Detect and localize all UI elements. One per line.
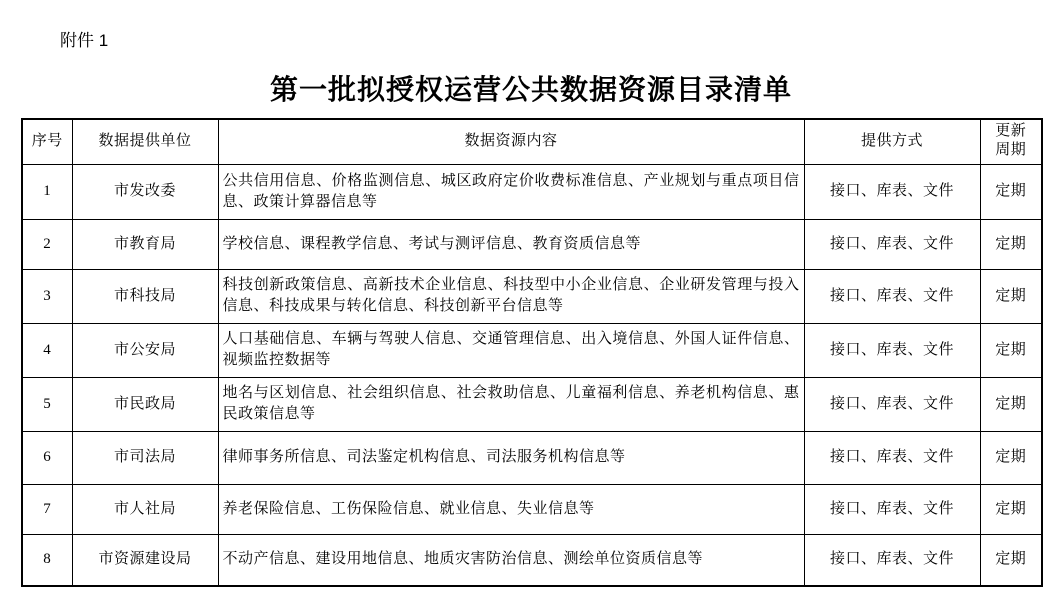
method-cell: 接口、库表、文件 <box>804 164 980 219</box>
table-row: 6 市司法局 律师事务所信息、司法鉴定机构信息、司法服务机构信息等 接口、库表、… <box>22 431 1042 484</box>
method-cell: 接口、库表、文件 <box>804 534 980 586</box>
table-row: 1 市发改委 公共信用信息、价格监测信息、城区政府定价收费标准信息、产业规划与重… <box>22 164 1042 219</box>
cycle-cell: 定期 <box>980 323 1042 377</box>
content-cell: 公共信用信息、价格监测信息、城区政府定价收费标准信息、产业规划与重点项目信息、政… <box>218 164 804 219</box>
content-cell: 养老保险信息、工伤保险信息、就业信息、失业信息等 <box>218 484 804 534</box>
row-number-cell: 2 <box>22 219 72 269</box>
cycle-cell: 定期 <box>980 219 1042 269</box>
method-cell: 接口、库表、文件 <box>804 219 980 269</box>
column-header-no: 序号 <box>22 119 72 164</box>
cycle-cell: 定期 <box>980 164 1042 219</box>
row-number-cell: 8 <box>22 534 72 586</box>
row-number-cell: 4 <box>22 323 72 377</box>
row-number-cell: 6 <box>22 431 72 484</box>
content-cell: 地名与区划信息、社会组织信息、社会救助信息、儿童福利信息、养老机构信息、惠民政策… <box>218 377 804 431</box>
content-cell: 不动产信息、建设用地信息、地质灾害防治信息、测绘单位资质信息等 <box>218 534 804 586</box>
method-cell: 接口、库表、文件 <box>804 377 980 431</box>
page-title: 第一批拟授权运营公共数据资源目录清单 <box>21 68 1041 108</box>
content-cell: 律师事务所信息、司法鉴定机构信息、司法服务机构信息等 <box>218 431 804 484</box>
content-cell: 学校信息、课程教学信息、考试与测评信息、教育资质信息等 <box>218 219 804 269</box>
cycle-cell: 定期 <box>980 534 1042 586</box>
attachment-label: 附件 1 <box>60 26 108 51</box>
unit-cell: 市民政局 <box>72 377 218 431</box>
unit-cell: 市人社局 <box>72 484 218 534</box>
row-number-cell: 5 <box>22 377 72 431</box>
row-number-cell: 7 <box>22 484 72 534</box>
table-row: 7 市人社局 养老保险信息、工伤保险信息、就业信息、失业信息等 接口、库表、文件… <box>22 484 1042 534</box>
unit-cell: 市科技局 <box>72 269 218 323</box>
cycle-cell: 定期 <box>980 377 1042 431</box>
method-cell: 接口、库表、文件 <box>804 323 980 377</box>
method-cell: 接口、库表、文件 <box>804 484 980 534</box>
column-header-content: 数据资源内容 <box>218 119 804 164</box>
column-header-unit: 数据提供单位 <box>72 119 218 164</box>
content-cell: 人口基础信息、车辆与驾驶人信息、交通管理信息、出入境信息、外国人证件信息、视频监… <box>218 323 804 377</box>
row-number-cell: 3 <box>22 269 72 323</box>
column-header-cycle: 更新周期 <box>980 119 1042 164</box>
unit-cell: 市公安局 <box>72 323 218 377</box>
column-header-method: 提供方式 <box>804 119 980 164</box>
unit-cell: 市资源建设局 <box>72 534 218 586</box>
document-page: 附件 1 第一批拟授权运营公共数据资源目录清单 序号 数据提供单位 数据资源内容… <box>0 0 1061 596</box>
table-header-row: 序号 数据提供单位 数据资源内容 提供方式 更新周期 <box>22 119 1042 164</box>
row-number-cell: 1 <box>22 164 72 219</box>
method-cell: 接口、库表、文件 <box>804 269 980 323</box>
unit-cell: 市发改委 <box>72 164 218 219</box>
table-row: 8 市资源建设局 不动产信息、建设用地信息、地质灾害防治信息、测绘单位资质信息等… <box>22 534 1042 586</box>
cycle-cell: 定期 <box>980 269 1042 323</box>
table-row: 3 市科技局 科技创新政策信息、高新技术企业信息、科技型中小企业信息、企业研发管… <box>22 269 1042 323</box>
table-row: 2 市教育局 学校信息、课程教学信息、考试与测评信息、教育资质信息等 接口、库表… <box>22 219 1042 269</box>
method-cell: 接口、库表、文件 <box>804 431 980 484</box>
table-row: 4 市公安局 人口基础信息、车辆与驾驶人信息、交通管理信息、出入境信息、外国人证… <box>22 323 1042 377</box>
unit-cell: 市司法局 <box>72 431 218 484</box>
content-cell: 科技创新政策信息、高新技术企业信息、科技型中小企业信息、企业研发管理与投入信息、… <box>218 269 804 323</box>
cycle-cell: 定期 <box>980 431 1042 484</box>
table-row: 5 市民政局 地名与区划信息、社会组织信息、社会救助信息、儿童福利信息、养老机构… <box>22 377 1042 431</box>
data-catalog-table: 序号 数据提供单位 数据资源内容 提供方式 更新周期 1 市发改委 公共信用信息… <box>21 118 1043 587</box>
cycle-cell: 定期 <box>980 484 1042 534</box>
unit-cell: 市教育局 <box>72 219 218 269</box>
column-header-cycle-text: 更新周期 <box>994 122 1028 160</box>
